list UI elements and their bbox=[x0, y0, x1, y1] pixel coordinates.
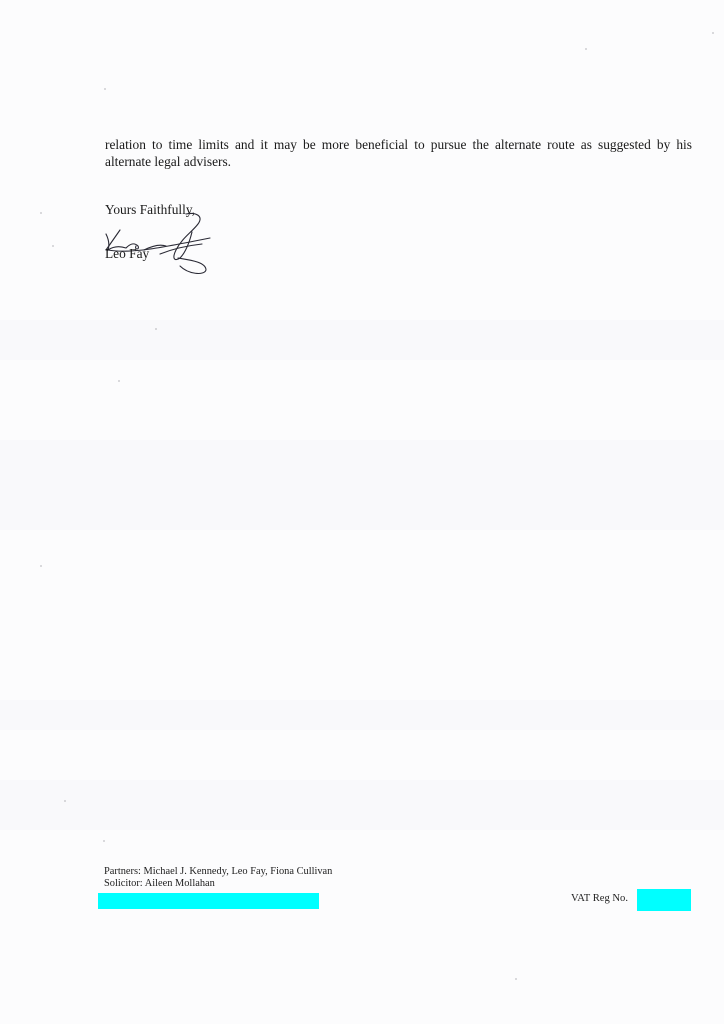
scanned-letter-page: relation to time limits and it may be mo… bbox=[0, 0, 724, 1024]
body-line-1: relation to time limits and it may be mo… bbox=[105, 136, 692, 153]
scan-bleed bbox=[0, 440, 724, 530]
scan-speck bbox=[585, 48, 587, 50]
scan-speck bbox=[103, 840, 105, 842]
scan-speck bbox=[64, 800, 66, 802]
scan-speck bbox=[515, 978, 517, 980]
letter-body: relation to time limits and it may be mo… bbox=[105, 136, 692, 170]
vat-reg-label: VAT Reg No. bbox=[571, 893, 628, 904]
scan-speck bbox=[712, 32, 714, 34]
scan-speck bbox=[40, 565, 42, 567]
scan-speck bbox=[40, 212, 42, 214]
scan-bleed bbox=[0, 320, 724, 360]
scan-bleed bbox=[0, 700, 724, 730]
body-line-2: alternate legal advisers. bbox=[105, 154, 231, 169]
partners-line: Partners: Michael J. Kennedy, Leo Fay, F… bbox=[104, 866, 332, 878]
footer-firm-details: Partners: Michael J. Kennedy, Leo Fay, F… bbox=[104, 866, 332, 890]
redacted-address-block bbox=[98, 893, 319, 909]
handwritten-signature-icon bbox=[100, 210, 220, 276]
scan-bleed bbox=[0, 780, 724, 830]
solicitor-line: Solicitor: Aileen Mollahan bbox=[104, 878, 332, 890]
scan-speck bbox=[155, 328, 157, 330]
scan-speck bbox=[104, 88, 106, 90]
redacted-vat-number bbox=[637, 889, 691, 911]
scan-speck bbox=[118, 380, 120, 382]
signer-name: Leo Fay bbox=[105, 246, 149, 262]
scan-speck bbox=[52, 245, 54, 247]
